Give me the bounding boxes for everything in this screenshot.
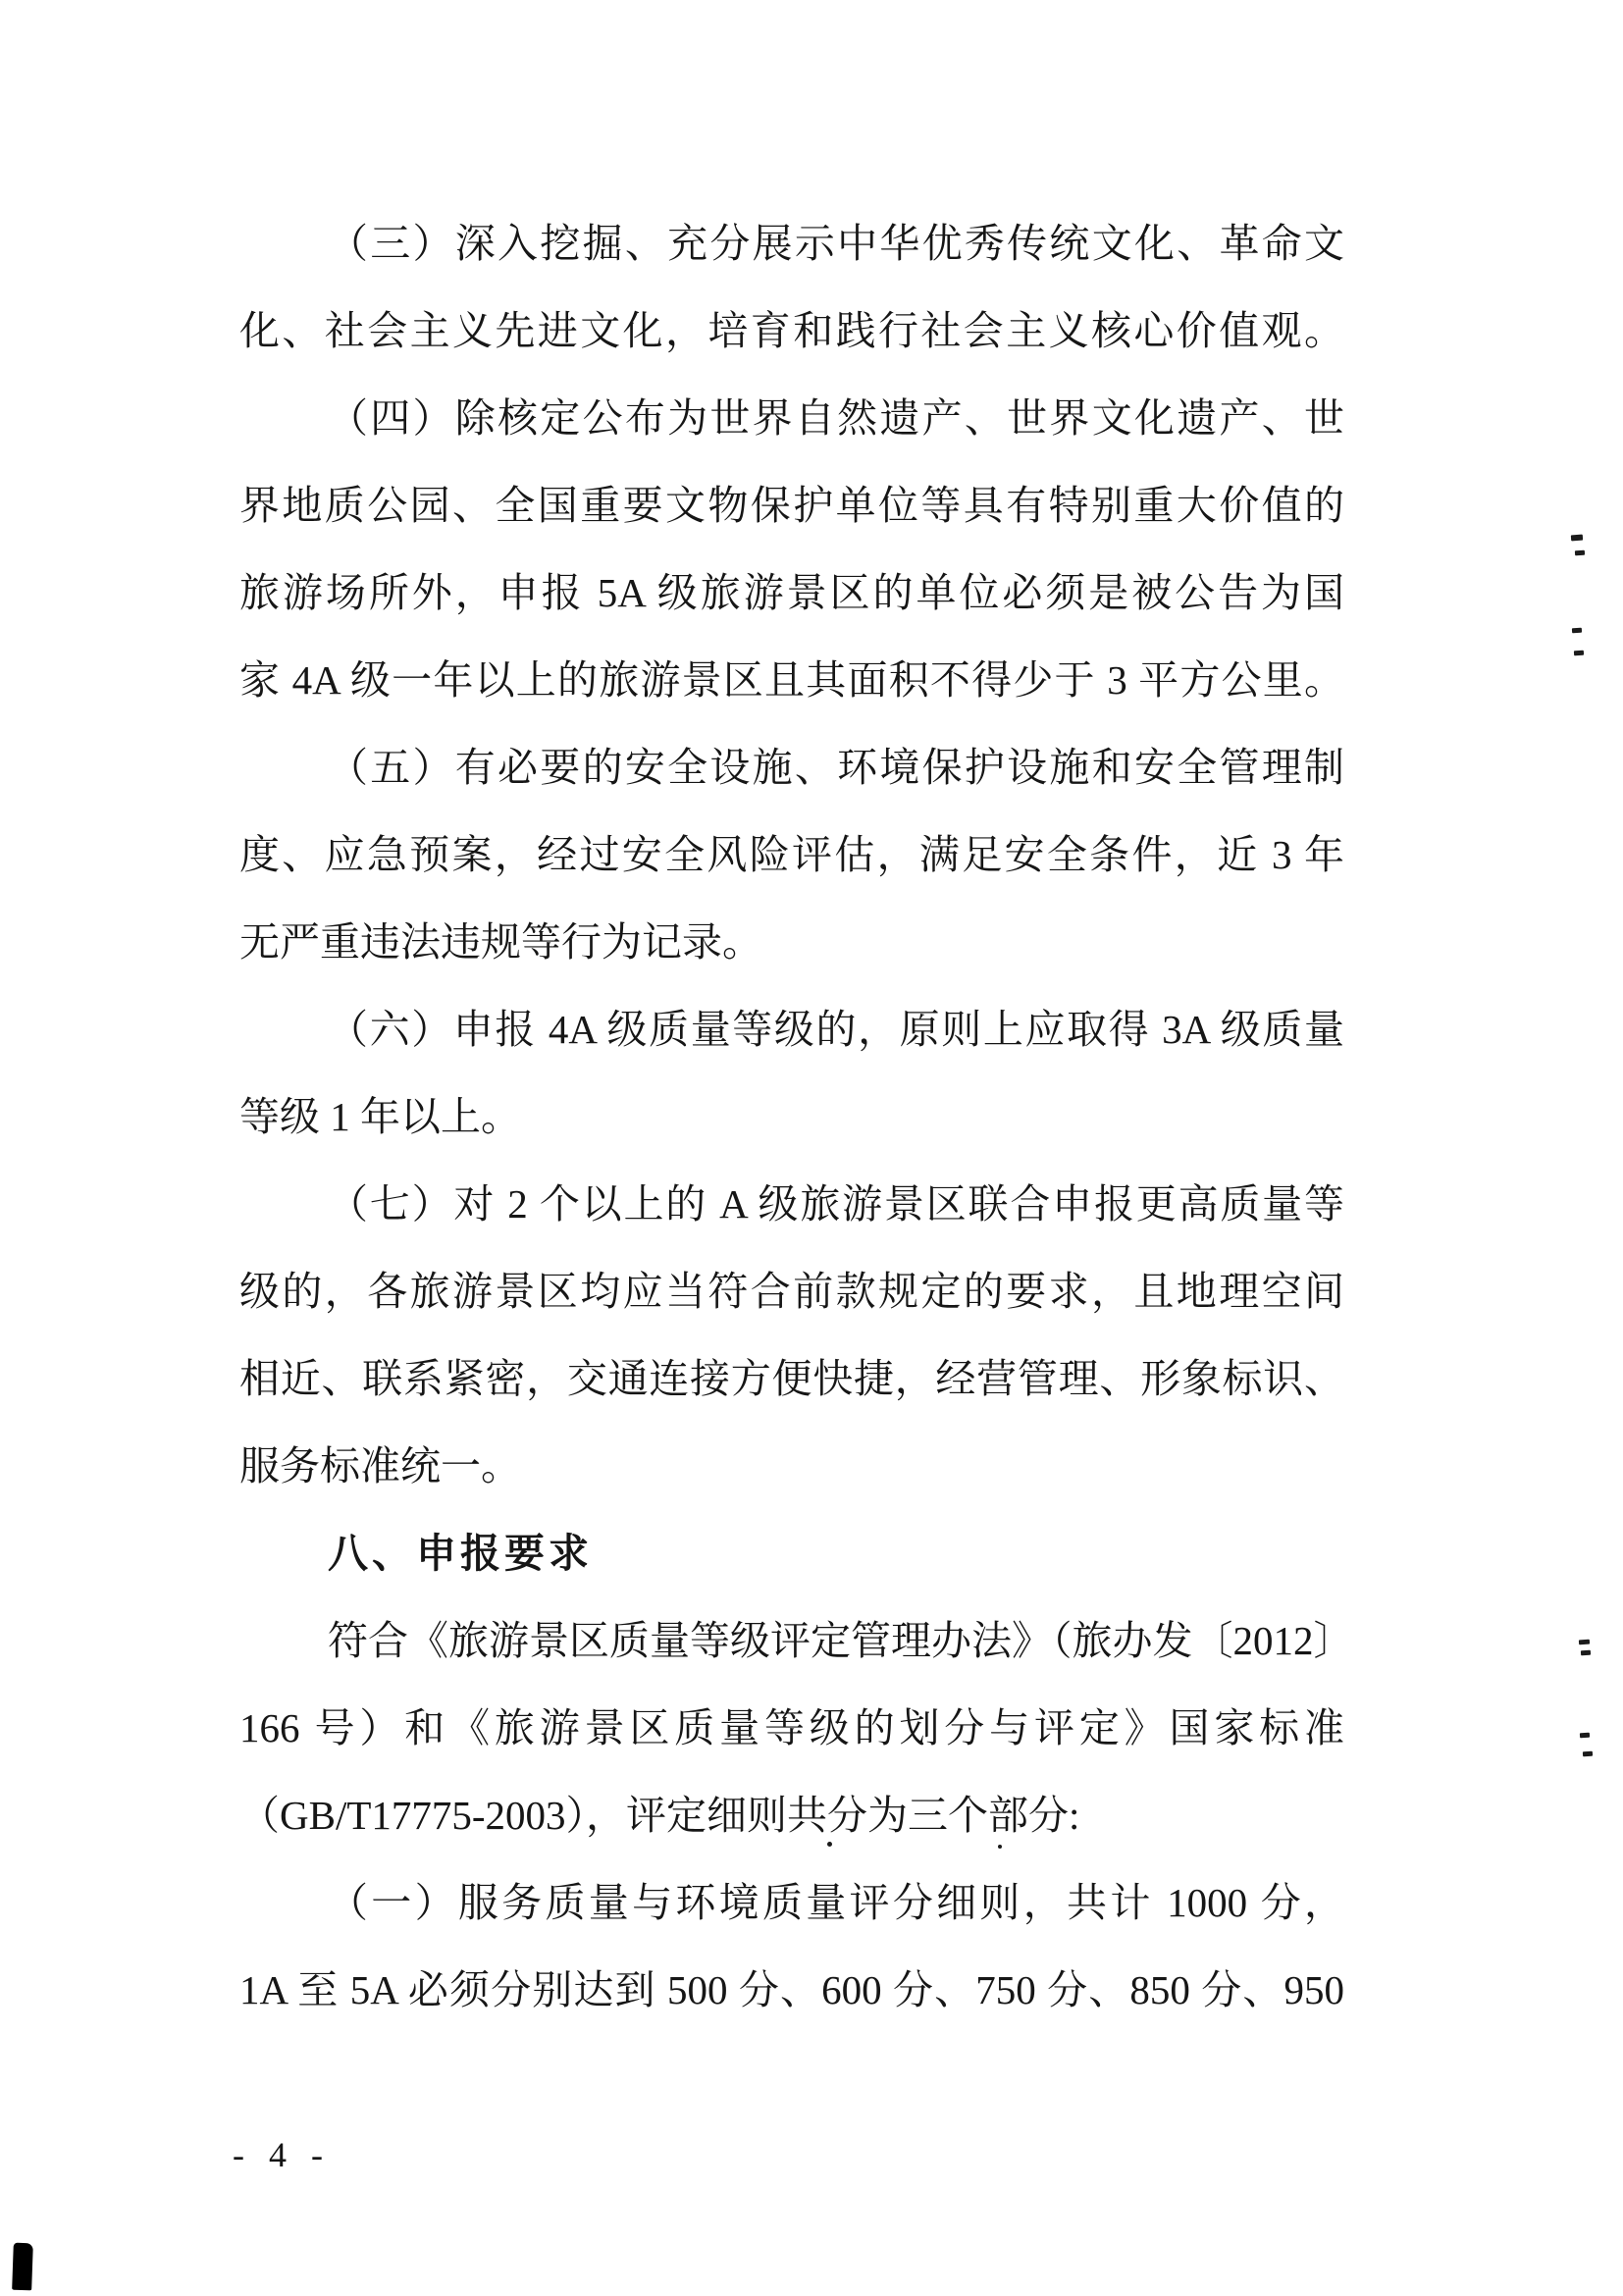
heading-line: 八、申报要求: [239, 1510, 1344, 1597]
paragraph: （五）有必要的安全设施、环境保护设施和安全管理制 度、应急预案，经过安全风险评估…: [239, 724, 1344, 986]
ink-blob: [12, 2243, 33, 2291]
paragraph: （三）深入挖掘、充分展示中华优秀传统文化、革命文 化、社会主义先进文化，培育和践…: [239, 200, 1344, 375]
scan-mark: [1574, 651, 1584, 656]
text-line: （三）深入挖掘、充分展示中华优秀传统文化、革命文: [239, 200, 1344, 287]
text-line: 服务标准统一。: [239, 1423, 1344, 1510]
text-line: 166 号）和《旅游景区质量等级的划分与评定》国家标准: [239, 1685, 1344, 1772]
scan-speck: [827, 1842, 832, 1847]
text-line: 符合《旅游景区质量等级评定管理办法》（旅办发〔2012〕: [239, 1597, 1344, 1685]
text-line: 旅游场所外，申报 5A 级旅游景区的单位必须是被公告为国: [239, 549, 1344, 637]
text-line: （四）除核定公布为世界自然遗产、世界文化遗产、世: [239, 375, 1344, 462]
text-line: （六）申报 4A 级质量等级的，原则上应取得 3A 级质量: [239, 986, 1344, 1073]
scan-mark: [1571, 535, 1583, 542]
page-number: - 4 -: [233, 2135, 331, 2174]
text-line: （一）服务质量与环境质量评分细则，共计 1000 分，: [239, 1859, 1344, 1947]
paragraph: 符合《旅游景区质量等级评定管理办法》（旅办发〔2012〕 166 号）和《旅游景…: [239, 1597, 1344, 1859]
scan-mark: [1580, 1733, 1590, 1739]
paragraph: （六）申报 4A 级质量等级的，原则上应取得 3A 级质量 等级 1 年以上。: [239, 986, 1344, 1161]
text-line: 度、应急预案，经过安全风险评估，满足安全条件，近 3 年: [239, 811, 1344, 899]
scan-mark: [1572, 628, 1582, 634]
text-line: 家 4A 级一年以上的旅游景区且其面积不得少于 3 平方公里。: [239, 637, 1344, 724]
paragraph: （四）除核定公布为世界自然遗产、世界文化遗产、世 界地质公园、全国重要文物保护单…: [239, 375, 1344, 724]
scan-speck: [998, 1845, 1002, 1849]
text-line: （七）对 2 个以上的 A 级旅游景区联合申报更高质量等: [239, 1161, 1344, 1248]
scan-mark: [1575, 550, 1585, 556]
scan-mark: [1583, 1751, 1593, 1757]
scan-mark: [1581, 1650, 1591, 1656]
paragraph: （一）服务质量与环境质量评分细则，共计 1000 分， 1A 至 5A 必须分别…: [239, 1859, 1344, 2034]
paragraph: （七）对 2 个以上的 A 级旅游景区联合申报更高质量等 级的，各旅游景区均应当…: [239, 1161, 1344, 1510]
text-line: （五）有必要的安全设施、环境保护设施和安全管理制: [239, 724, 1344, 811]
text-line: 化、社会主义先进文化，培育和践行社会主义核心价值观。: [239, 287, 1344, 375]
scan-mark: [1579, 1640, 1590, 1645]
text-line: 相近、联系紧密，交通连接方便快捷，经营管理、形象标识、: [239, 1335, 1344, 1423]
text-line: 等级 1 年以上。: [239, 1073, 1344, 1161]
section-heading: 八、申报要求: [239, 1510, 1344, 1597]
text-line: （GB/T17775-2003），评定细则共分为三个部分:: [239, 1772, 1344, 1859]
scanned-document-page: （三）深入挖掘、充分展示中华优秀传统文化、革命文 化、社会主义先进文化，培育和践…: [0, 0, 1623, 2296]
text-line: 无严重违法违规等行为记录。: [239, 899, 1344, 986]
text-line: 级的，各旅游景区均应当符合前款规定的要求，且地理空间: [239, 1248, 1344, 1335]
text-line: 1A 至 5A 必须分别达到 500 分、600 分、750 分、850 分、9…: [239, 1947, 1344, 2034]
document-body: （三）深入挖掘、充分展示中华优秀传统文化、革命文 化、社会主义先进文化，培育和践…: [239, 200, 1344, 2034]
text-line: 界地质公园、全国重要文物保护单位等具有特别重大价值的: [239, 462, 1344, 549]
